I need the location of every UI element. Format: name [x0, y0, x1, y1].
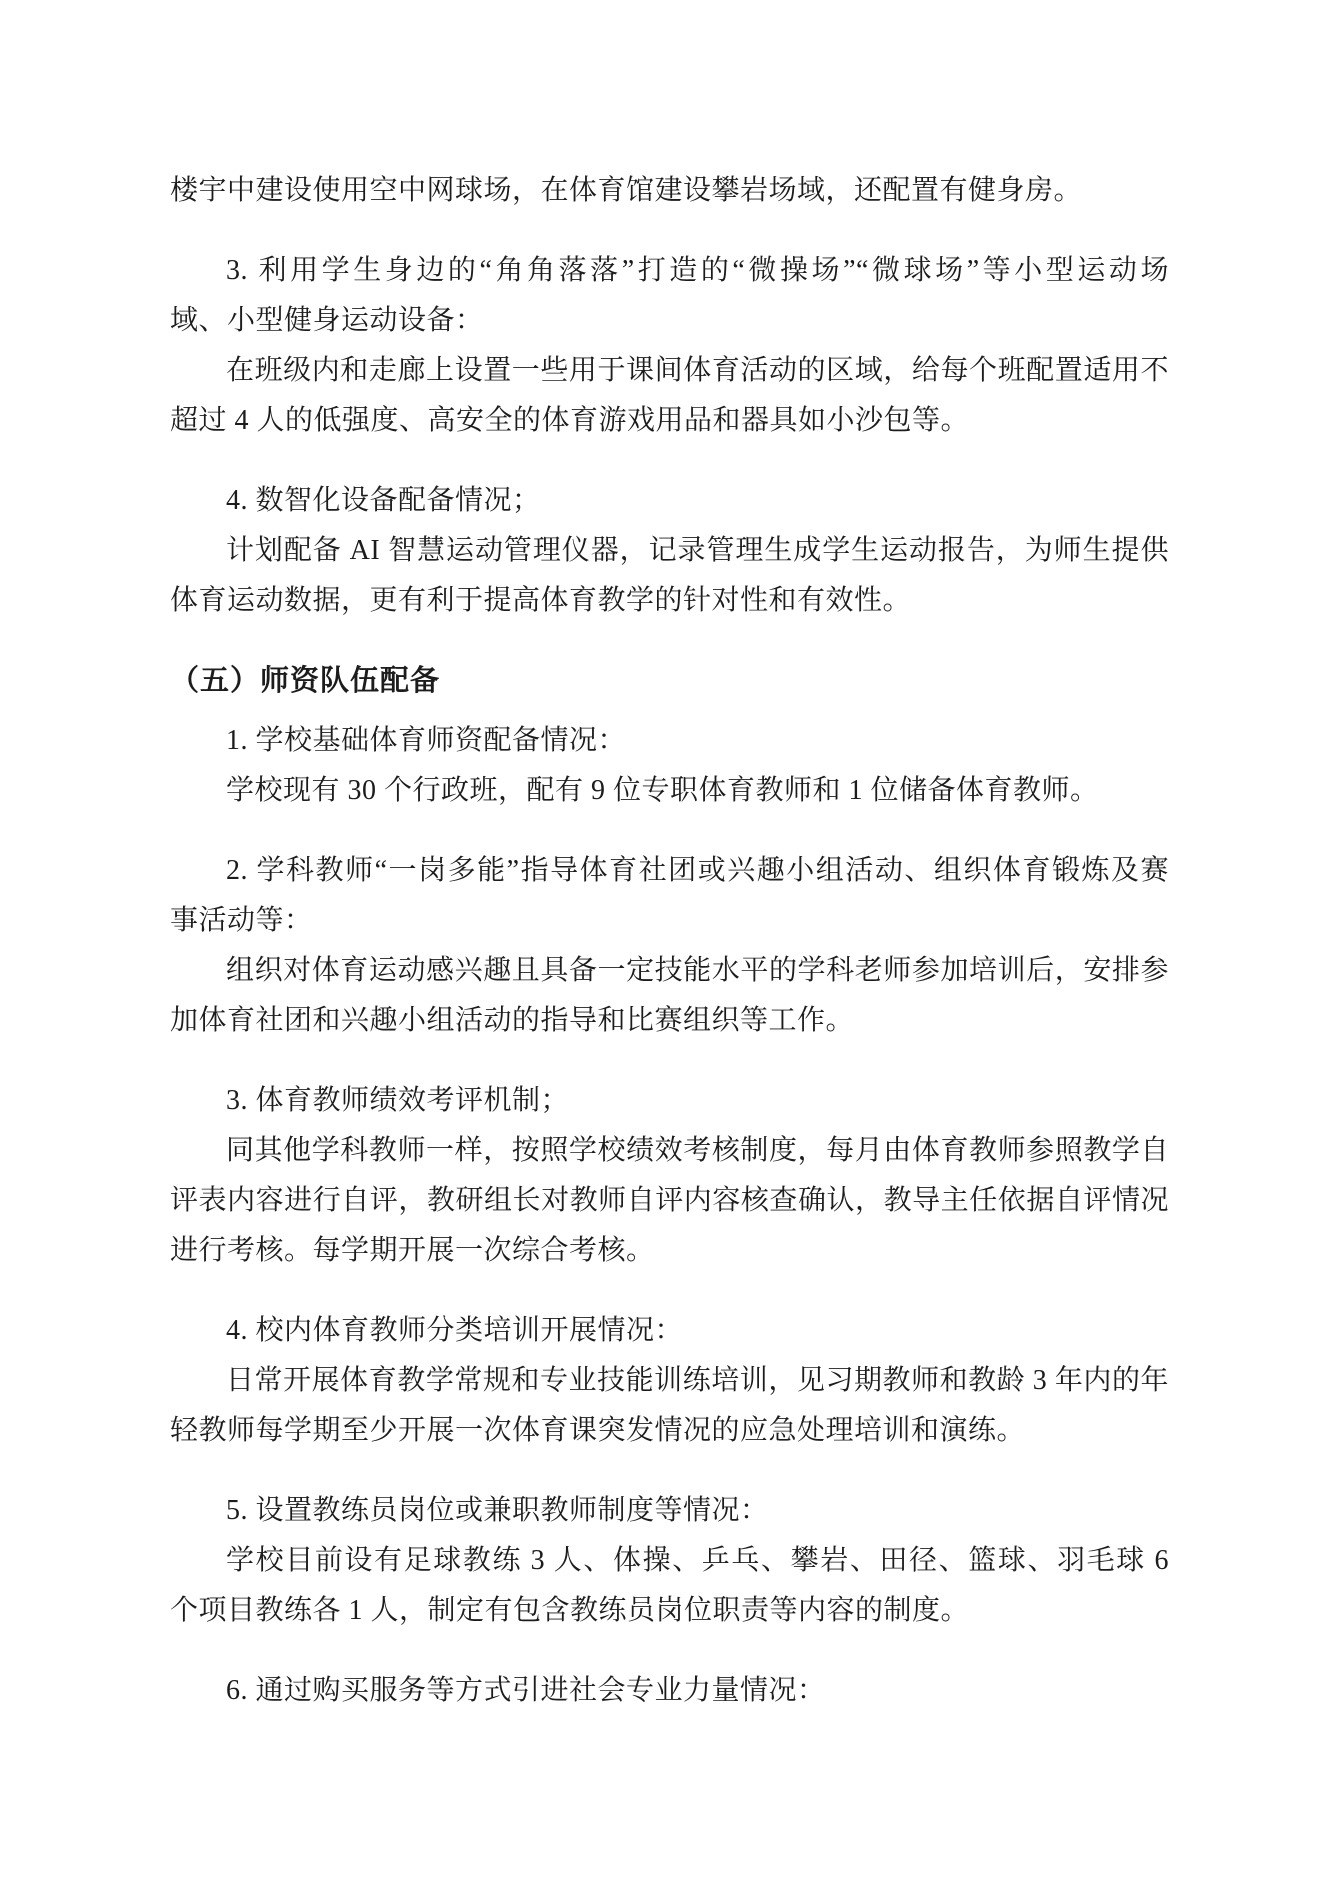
- text-line: 4. 校内体育教师分类培训开展情况：: [170, 1306, 1169, 1356]
- text-line: 加体育社团和兴趣小组活动的指导和比赛组织等工作。: [170, 996, 1169, 1046]
- text-line: 事活动等：: [170, 896, 1169, 946]
- text-line: 2. 学科教师“一岗多能”指导体育社团或兴趣小组活动、组织体育锻炼及赛: [170, 846, 1169, 896]
- text-line: 1. 学校基础体育师资配备情况：: [170, 716, 1169, 766]
- text-line: 3. 体育教师绩效考评机制；: [170, 1076, 1169, 1126]
- text-line: 组织对体育运动感兴趣且具备一定技能水平的学科老师参加培训后，安排参: [170, 946, 1169, 996]
- text-line: 3. 利用学生身边的“角角落落”打造的“微操场”“微球场”等小型运动场: [170, 246, 1169, 296]
- text-line: 计划配备 AI 智慧运动管理仪器，记录管理生成学生运动报告，为师生提供: [170, 526, 1169, 576]
- text-line: 5. 设置教练员岗位或兼职教师制度等情况：: [170, 1486, 1169, 1536]
- document-page: 楼宇中建设使用空中网球场，在体育馆建设攀岩场域，还配置有健身房。 3. 利用学生…: [0, 0, 1339, 1894]
- text-line: 4. 数智化设备配备情况；: [170, 476, 1169, 526]
- text-line: 进行考核。每学期开展一次综合考核。: [170, 1226, 1169, 1276]
- text-line: 6. 通过购买服务等方式引进社会专业力量情况：: [170, 1666, 1169, 1716]
- text-line: 超过 4 人的低强度、高安全的体育游戏用品和器具如小沙包等。: [170, 396, 1169, 446]
- text-line: 在班级内和走廊上设置一些用于课间体育活动的区域，给每个班配置适用不: [170, 346, 1169, 396]
- text-line: 学校现有 30 个行政班，配有 9 位专职体育教师和 1 位储备体育教师。: [170, 766, 1169, 816]
- section-heading: （五）师资队伍配备: [170, 656, 1169, 706]
- text-line: 同其他学科教师一样，按照学校绩效考核制度，每月由体育教师参照教学自: [170, 1126, 1169, 1176]
- text-line: 体育运动数据，更有利于提高体育教学的针对性和有效性。: [170, 576, 1169, 626]
- text-line: 个项目教练各 1 人，制定有包含教练员岗位职责等内容的制度。: [170, 1586, 1169, 1636]
- text-line: 日常开展体育教学常规和专业技能训练培训，见习期教师和教龄 3 年内的年: [170, 1356, 1169, 1406]
- text-line: 轻教师每学期至少开展一次体育课突发情况的应急处理培训和演练。: [170, 1406, 1169, 1456]
- text-line: 学校目前设有足球教练 3 人、体操、乒乓、攀岩、田径、篮球、羽毛球 6: [170, 1536, 1169, 1586]
- text-line: 评表内容进行自评，教研组长对教师自评内容核查确认，教导主任依据自评情况: [170, 1176, 1169, 1226]
- document-content: 楼宇中建设使用空中网球场，在体育馆建设攀岩场域，还配置有健身房。 3. 利用学生…: [0, 0, 1339, 1716]
- text-line: 楼宇中建设使用空中网球场，在体育馆建设攀岩场域，还配置有健身房。: [170, 166, 1169, 216]
- text-line: 域、小型健身运动设备：: [170, 296, 1169, 346]
